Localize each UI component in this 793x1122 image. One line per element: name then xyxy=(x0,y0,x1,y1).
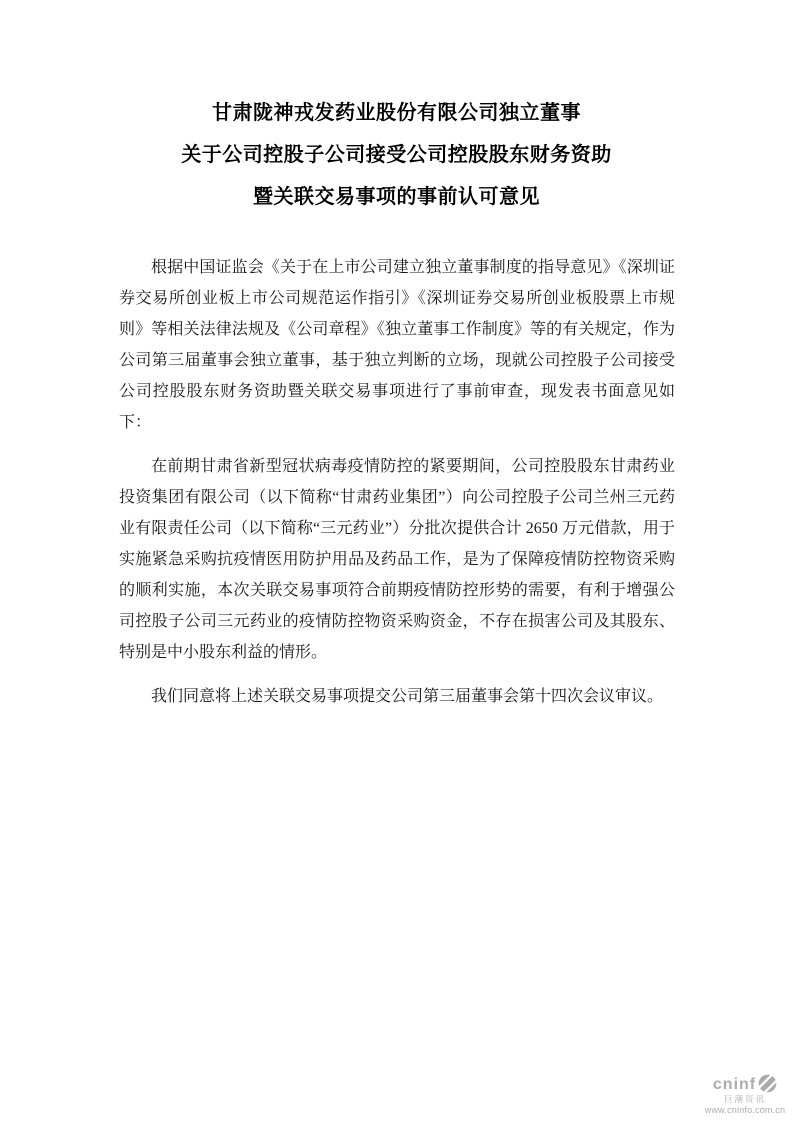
document-body: 根据中国证监会《关于在上市公司建立独立董事制度的指导意见》《深圳证券交易所创业板… xyxy=(0,218,793,712)
cninfo-watermark: cninf 巨潮资讯 www.cninfo.com.cn xyxy=(700,1075,790,1116)
paragraph-opinion: 在前期甘肃省新型冠状病毒疫情防控的紧要期间，公司控股股东甘肃药业投资集团有限公司… xyxy=(119,451,675,668)
cninfo-globe-icon xyxy=(758,1074,777,1093)
paragraph-legal-basis: 根据中国证监会《关于在上市公司建立独立董事制度的指导意见》《深圳证券交易所创业板… xyxy=(119,252,675,438)
cninfo-chinese-name: 巨潮资讯 xyxy=(700,1094,790,1104)
title-line-1: 甘肃陇神戎发药业股份有限公司独立董事 xyxy=(0,92,793,134)
cninfo-logo-text: cninf xyxy=(713,1075,756,1095)
paragraph-conclusion: 我们同意将上述关联交易事项提交公司第三届董事会第十四次会议审议。 xyxy=(119,681,675,712)
cninfo-logo-row: cninf xyxy=(700,1075,790,1095)
title-line-2: 关于公司控股子公司接受公司控股股东财务资助 xyxy=(0,134,793,176)
title-line-3: 暨关联交易事项的事前认可意见 xyxy=(0,176,793,218)
document-page: 甘肃陇神戎发药业股份有限公司独立董事 关于公司控股子公司接受公司控股股东财务资助… xyxy=(0,0,793,1122)
cninfo-url: www.cninfo.com.cn xyxy=(700,1105,790,1116)
document-title: 甘肃陇神戎发药业股份有限公司独立董事 关于公司控股子公司接受公司控股股东财务资助… xyxy=(0,0,793,218)
